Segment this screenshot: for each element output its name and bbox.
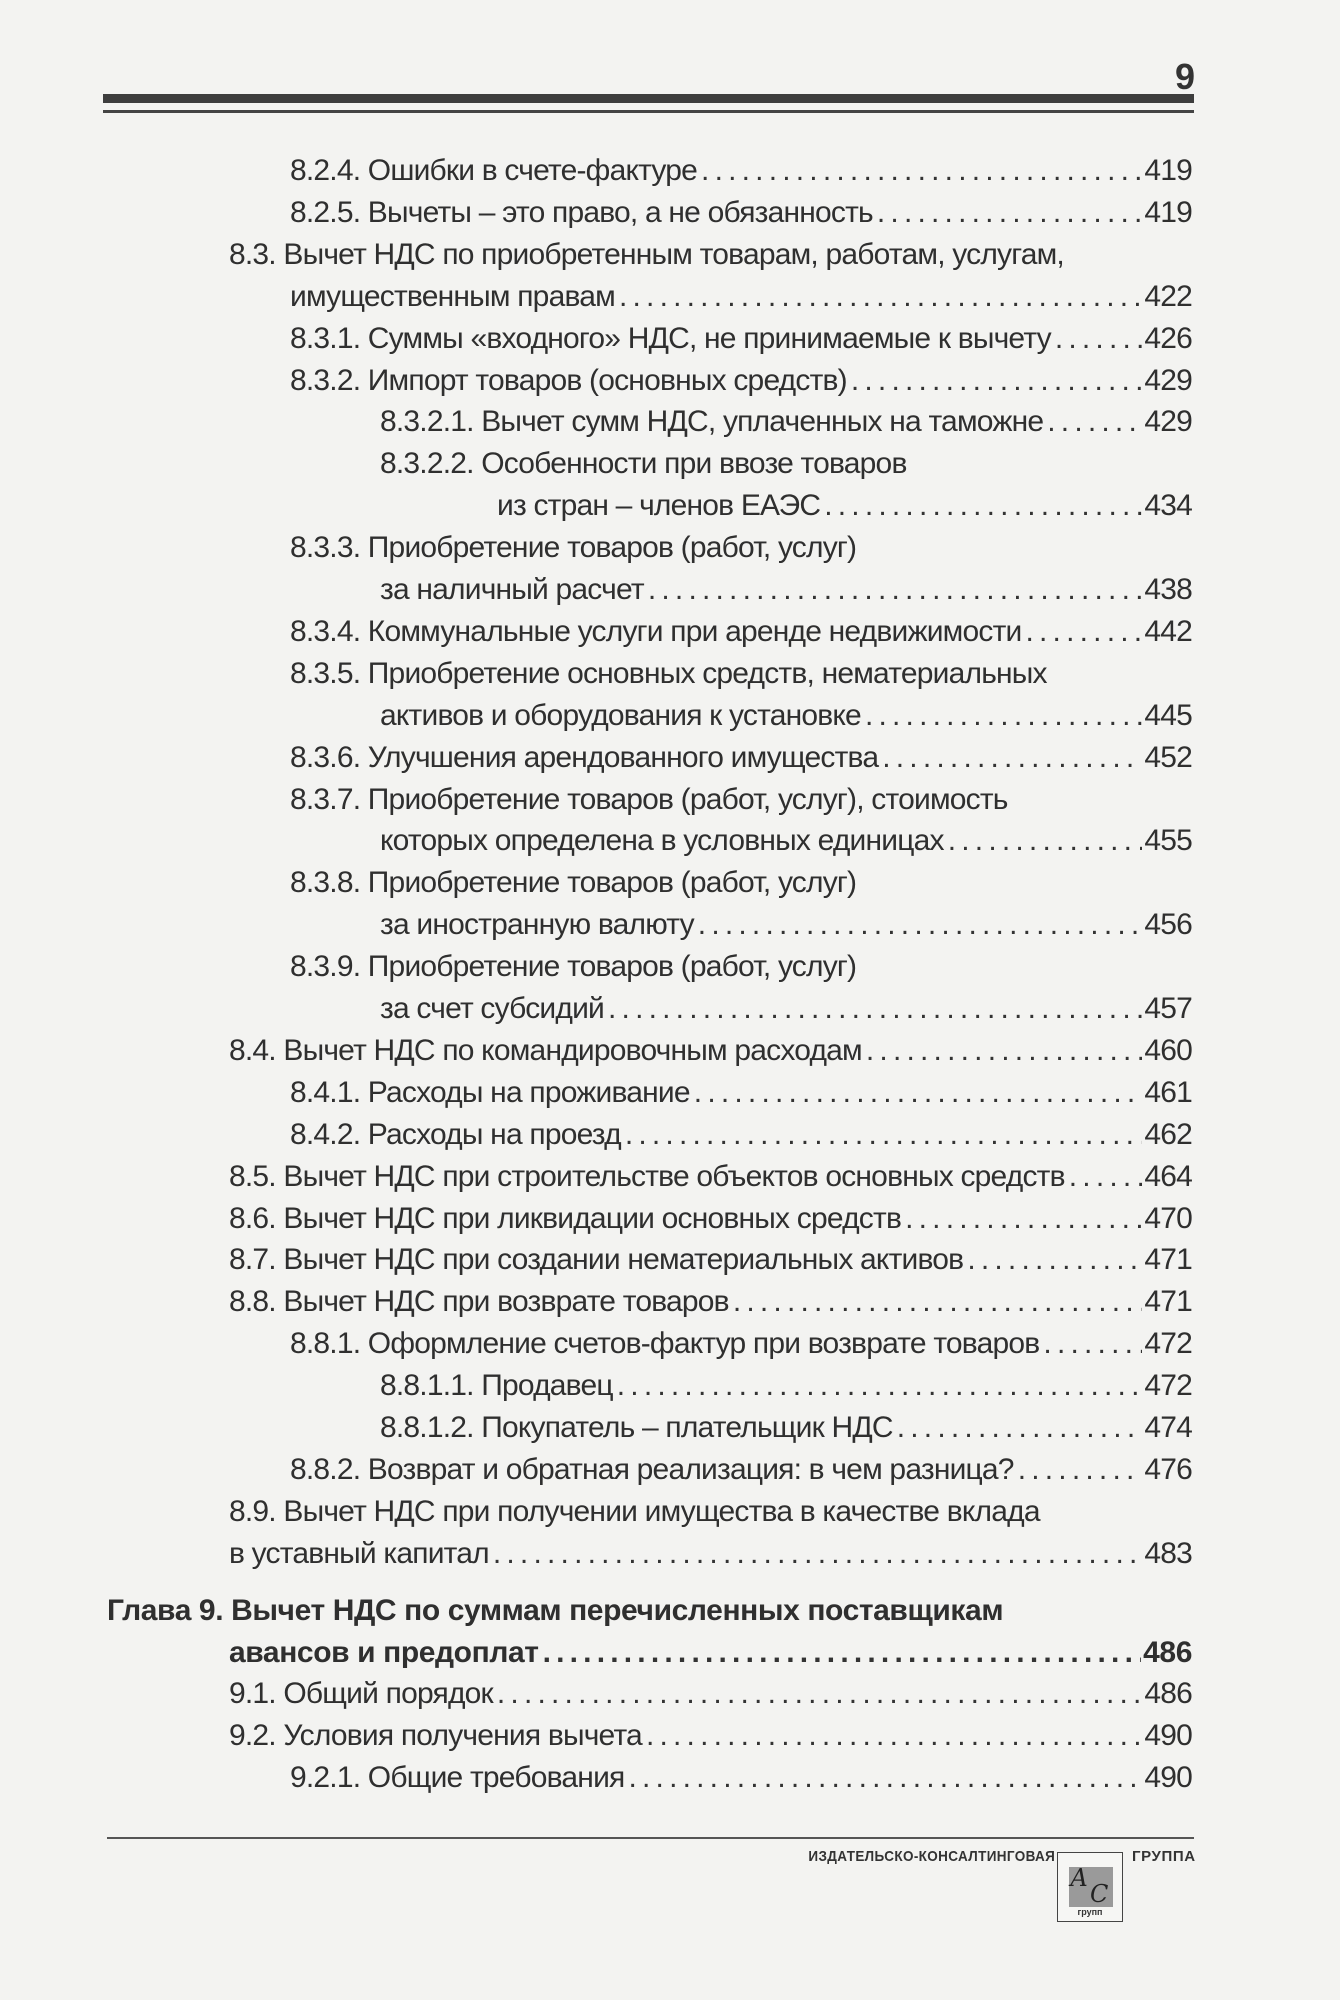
toc-entry[interactable]: 8.8.2. Возврат и обратная реализация: в … [290,1449,1192,1491]
toc-page-number: 460 [1144,1030,1192,1072]
toc-leader-dots: ........................................… [628,1757,1142,1799]
toc-page-number: 472 [1144,1365,1192,1407]
toc-leader-dots: ........................................… [882,737,1142,779]
toc-entry[interactable]: за иностранную валюту...................… [380,904,1192,946]
toc-entry-title: 8.3.1. Суммы «входного» НДС, не принимае… [290,318,1051,360]
toc-leader-dots: ........................................… [619,276,1142,318]
toc-entry-title: 8.8.2. Возврат и обратная реализация: в … [290,1449,1014,1491]
toc-page-number: 462 [1144,1114,1192,1156]
toc-entry[interactable]: 8.5. Вычет НДС при строительстве объекто… [229,1156,1192,1198]
toc-leader-dots: ........................................… [617,1365,1143,1407]
toc-entry-title: 8.2.4. Ошибки в счете-фактуре [290,150,697,192]
toc-leader-dots: ........................................… [865,695,1142,737]
toc-page-number: 442 [1144,611,1192,653]
toc-entry-title: 8.8.1. Оформление счетов-фактур при возв… [290,1323,1039,1365]
toc-entry-title: 8.3.9. Приобретение товаров (работ, услу… [290,946,856,988]
toc-entry-title: из стран – членов ЕАЭС [497,485,820,527]
toc-page-number: 422 [1144,276,1192,318]
toc-leader-dots: ........................................… [1025,611,1142,653]
toc-entry[interactable]: 9.2.1. Общие требования.................… [290,1757,1192,1799]
page-number: 9 [1175,56,1195,98]
toc-leader-dots: ........................................… [851,360,1143,402]
toc-entry-title: 9.1. Общий порядок [229,1673,493,1715]
toc-page-number: 419 [1144,150,1192,192]
toc-page-number: 486 [1143,1632,1192,1674]
header-rule-thick [103,94,1194,103]
toc-entry-title: 8.6. Вычет НДС при ликвидации основных с… [229,1198,901,1240]
logo-mark-icon: А С [1064,1862,1120,1908]
toc-entry[interactable]: 8.8. Вычет НДС при возврате товаров.....… [229,1281,1192,1323]
toc-entry-title: 8.8.1.2. Покупатель – плательщик НДС [380,1407,893,1449]
toc-page-number: 426 [1144,318,1192,360]
toc-leader-dots: ........................................… [646,1715,1142,1757]
toc-entry[interactable]: 9.1. Общий порядок......................… [229,1673,1192,1715]
toc-entry-title: 8.3.4. Коммунальные услуги при аренде не… [290,611,1021,653]
toc-entry[interactable]: 8.4.1. Расходы на проживание............… [290,1072,1192,1114]
toc-entry-title: активов и оборудования к установке [380,695,861,737]
toc-chapter-heading[interactable]: авансов и предоплат.....................… [229,1632,1192,1674]
toc-entry[interactable]: 8.8.1. Оформление счетов-фактур при возв… [290,1323,1192,1365]
toc-page-number: 429 [1144,360,1192,402]
toc-leader-dots: ........................................… [733,1281,1143,1323]
toc-page-number: 486 [1144,1673,1192,1715]
footer-publisher-label: ИЗДАТЕЛЬСКО-КОНСАЛТИНГОВАЯ [808,1848,1055,1865]
toc-entry-title: 8.3.7. Приобретение товаров (работ, услу… [290,779,1008,821]
toc-leader-dots: ........................................… [543,1632,1142,1674]
footer-group-label: ГРУППА [1132,1848,1196,1865]
toc-entry-title: 8.8.1.1. Продавец [380,1365,613,1407]
toc-leader-dots: ........................................… [625,1114,1143,1156]
toc-page-number: 472 [1144,1323,1192,1365]
toc-entry[interactable]: 8.6. Вычет НДС при ликвидации основных с… [229,1198,1192,1240]
toc-page-number: 438 [1144,569,1192,611]
toc-entry[interactable]: 8.3. Вычет НДС по приобретенным товарам,… [229,234,1064,276]
toc-entry[interactable]: 8.4. Вычет НДС по командировочным расход… [229,1030,1192,1072]
toc-entry[interactable]: в уставный капитал......................… [229,1533,1192,1575]
toc-page-number: 457 [1144,988,1192,1030]
toc-leader-dots: ........................................… [1018,1449,1143,1491]
toc-entry[interactable]: 8.3.3. Приобретение товаров (работ, услу… [290,527,856,569]
toc-leader-dots: ........................................… [905,1198,1142,1240]
toc-entry-title: авансов и предоплат [229,1632,539,1674]
toc-entry[interactable]: 8.3.9. Приобретение товаров (работ, услу… [290,946,856,988]
toc-entry[interactable]: 8.3.4. Коммунальные услуги при аренде не… [290,611,1192,653]
toc-page-number: 490 [1144,1757,1192,1799]
publisher-logo: А С групп [1057,1852,1123,1922]
footer-rule [107,1837,1194,1839]
toc-leader-dots: ........................................… [493,1533,1142,1575]
toc-entry-title: 8.5. Вычет НДС при строительстве объекто… [229,1156,1065,1198]
toc-page-number: 455 [1144,820,1192,862]
toc-leader-dots: ........................................… [866,1030,1142,1072]
logo-caption: групп [1058,1907,1122,1917]
toc-entry-title: 8.3.8. Приобретение товаров (работ, услу… [290,862,856,904]
toc-leader-dots: ........................................… [948,820,1143,862]
toc-entry-title: 8.2.5. Вычеты – это право, а не обязанно… [290,192,873,234]
toc-page-number: 445 [1144,695,1192,737]
toc-page-number: 429 [1144,401,1192,443]
toc-leader-dots: ........................................… [497,1673,1142,1715]
toc-page-number: 452 [1144,737,1192,779]
toc-leader-dots: ........................................… [824,485,1142,527]
toc-entry[interactable]: 8.3.2.1. Вычет сумм НДС, уплаченных на т… [380,401,1192,443]
toc-entry[interactable]: 8.3.2. Импорт товаров (основных средств)… [290,360,1192,402]
toc-entry-title: 8.9. Вычет НДС при получении имущества в… [229,1491,1040,1533]
toc-entry[interactable]: которых определена в условных единицах..… [380,820,1192,862]
toc-entry-title: 8.4.1. Расходы на проживание [290,1072,690,1114]
toc-entry-title: 9.2. Условия получения вычета [229,1715,642,1757]
toc-leader-dots: ........................................… [967,1239,1142,1281]
toc-leader-dots: ........................................… [694,1072,1143,1114]
toc-entry[interactable]: 8.8.1.2. Покупатель – плательщик НДС....… [380,1407,1192,1449]
toc-entry[interactable]: за наличный расчет......................… [380,569,1192,611]
toc-leader-dots: ........................................… [1055,318,1143,360]
toc-entry-title: 8.3.3. Приобретение товаров (работ, услу… [290,527,856,569]
toc-page-number: 476 [1144,1449,1192,1491]
toc-entry-title: 8.3.5. Приобретение основных средств, не… [290,653,1047,695]
toc-entry[interactable]: 8.4.2. Расходы на проезд................… [290,1114,1192,1156]
toc-entry-title: 8.3.6. Улучшения арендованного имущества [290,737,878,779]
toc-page-number: 483 [1144,1533,1192,1575]
toc-page-number: 490 [1144,1715,1192,1757]
toc-leader-dots: ........................................… [698,904,1143,946]
toc-entry-title: 8.3. Вычет НДС по приобретенным товарам,… [229,234,1064,276]
toc-entry[interactable]: 8.2.5. Вычеты – это право, а не обязанно… [290,192,1192,234]
toc-leader-dots: ........................................… [608,988,1142,1030]
toc-page-number: 470 [1144,1198,1192,1240]
toc-entry-title: 8.8. Вычет НДС при возврате товаров [229,1281,729,1323]
toc-entry[interactable]: 8.3.7. Приобретение товаров (работ, услу… [290,779,1008,821]
toc-entry-title: 8.3.2.1. Вычет сумм НДС, уплаченных на т… [380,401,1043,443]
toc-entry[interactable]: 8.3.1. Суммы «входного» НДС, не принимае… [290,318,1192,360]
toc-page-number: 434 [1144,485,1192,527]
toc-leader-dots: ........................................… [648,569,1143,611]
toc-leader-dots: ........................................… [1043,1323,1142,1365]
toc-entry[interactable]: 9.2. Условия получения вычета...........… [229,1715,1192,1757]
toc-entry[interactable]: за счет субсидий........................… [380,988,1192,1030]
toc-page-number: 471 [1144,1281,1192,1323]
toc-entry[interactable]: 8.3.2.2. Особенности при ввозе товаров [380,443,907,485]
toc-entry-title: за иностранную валюту [380,904,694,946]
toc-entry-title: 8.7. Вычет НДС при создании нематериальн… [229,1239,963,1281]
toc-entry-title: которых определена в условных единицах [380,820,944,862]
toc-leader-dots: ........................................… [1069,1156,1143,1198]
toc-entry-title: за наличный расчет [380,569,644,611]
header-rule-thin [103,110,1194,113]
toc-page-number: 474 [1144,1407,1192,1449]
toc-entry-title: за счет субсидий [380,988,604,1030]
toc-entry-title: 8.4. Вычет НДС по командировочным расход… [229,1030,862,1072]
toc-entry[interactable]: имущественным правам....................… [290,276,1192,318]
toc-entry[interactable]: 8.9. Вычет НДС при получении имущества в… [229,1491,1040,1533]
toc-page-number: 461 [1144,1072,1192,1114]
toc-page-number: 456 [1144,904,1192,946]
toc-entry[interactable]: 8.2.4. Ошибки в счете-фактуре...........… [290,150,1192,192]
toc-entry-title: 8.4.2. Расходы на проезд [290,1114,621,1156]
toc-entry[interactable]: из стран – членов ЕАЭС..................… [497,485,1192,527]
toc-chapter-heading[interactable]: Глава 9. Вычет НДС по суммам перечисленн… [107,1590,1003,1632]
toc-leader-dots: ........................................… [897,1407,1143,1449]
toc-entry-title: имущественным правам [290,276,615,318]
toc-leader-dots: ........................................… [1047,401,1142,443]
toc-entry[interactable]: 8.3.6. Улучшения арендованного имущества… [290,737,1192,779]
toc-entry-title: 8.3.2. Импорт товаров (основных средств) [290,360,847,402]
toc-entry[interactable]: 8.8.1.1. Продавец.......................… [380,1365,1192,1407]
toc-leader-dots: ........................................… [701,150,1142,192]
toc-entry-title: Глава 9. Вычет НДС по суммам перечисленн… [107,1590,1003,1632]
toc-entry-title: 8.3.2.2. Особенности при ввозе товаров [380,443,907,485]
toc-page-number: 419 [1144,192,1192,234]
toc-page-number: 464 [1144,1156,1192,1198]
toc-entry-title: 9.2.1. Общие требования [290,1757,624,1799]
toc-page-number: 471 [1144,1239,1192,1281]
toc-entry[interactable]: 8.7. Вычет НДС при создании нематериальн… [229,1239,1192,1281]
toc-entry[interactable]: 8.3.5. Приобретение основных средств, не… [290,653,1047,695]
toc-leader-dots: ........................................… [877,192,1142,234]
toc-entry[interactable]: 8.3.8. Приобретение товаров (работ, услу… [290,862,856,904]
toc-entry-title: в уставный капитал [229,1533,489,1575]
toc-entry[interactable]: активов и оборудования к установке......… [380,695,1192,737]
